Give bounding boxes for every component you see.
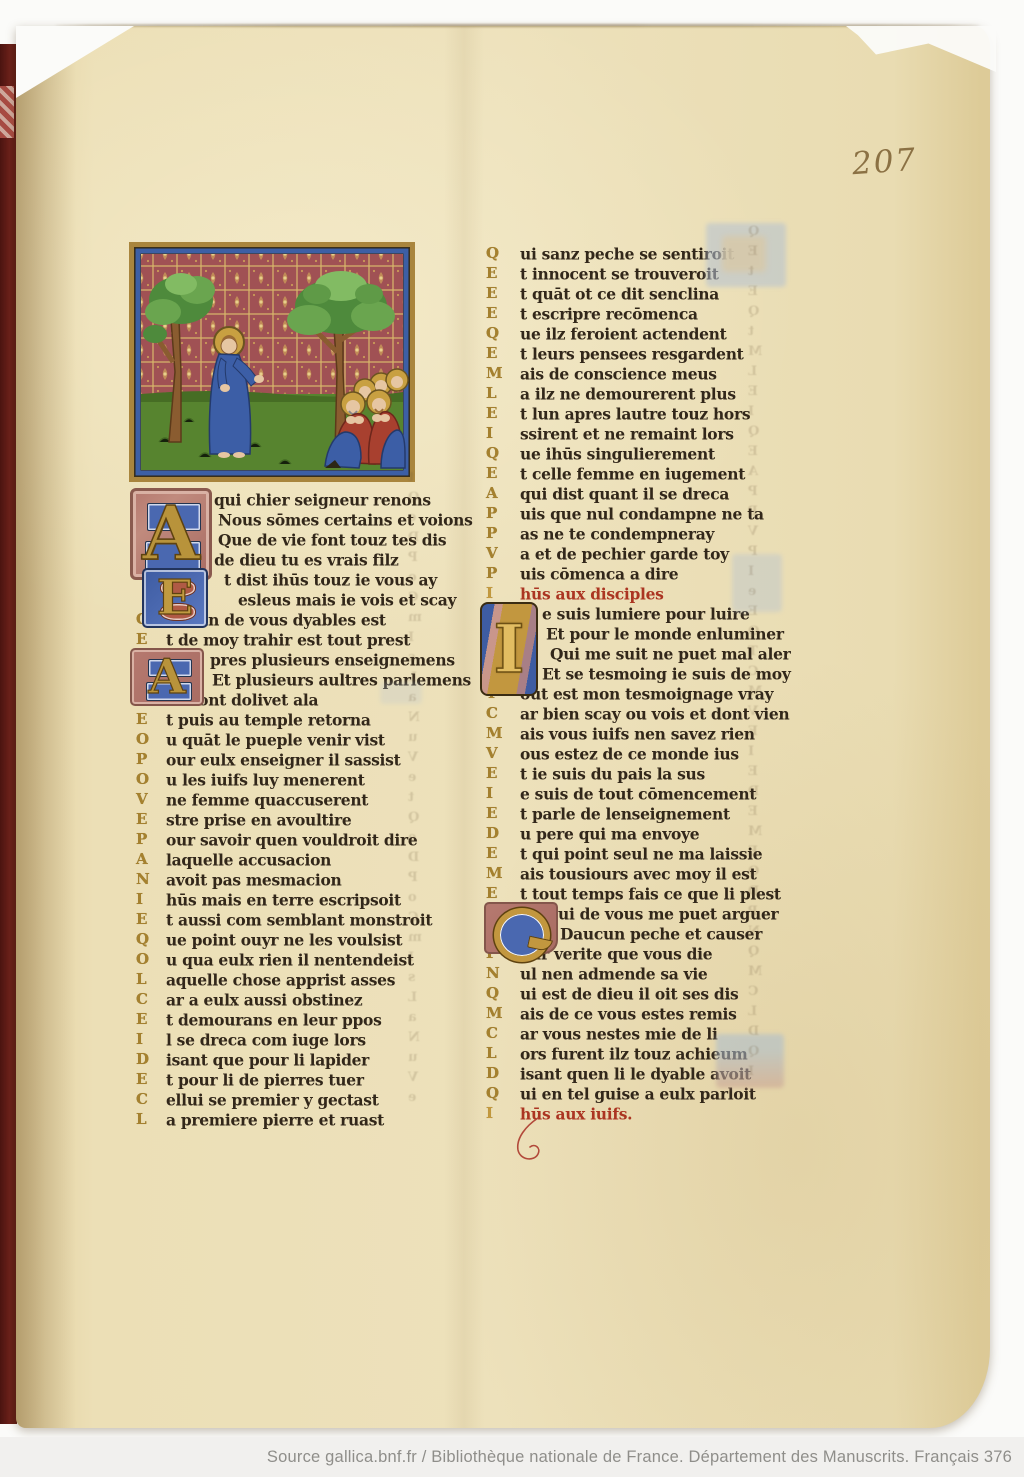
verse-line: Et celle femme en iugement [486,464,816,484]
verse-text: l se dreca com iuge lors [166,1030,366,1050]
verse-line: Et escripre recōmenca [486,304,816,324]
verse-text: ui est de dieu il oit ses dis [520,984,738,1004]
versal-initial: M [486,364,503,382]
versal-initial: P [486,524,497,542]
verse-line: La premiere pierre et ruast [136,1110,466,1130]
versal-initial: A [136,850,148,868]
versal-initial: E [486,304,497,322]
versal-initial: E [136,810,147,828]
versal-initial: P [486,564,497,582]
versal-initial: E [486,884,497,902]
verse-text: a ilz ne demourerent plus [520,384,736,404]
versal-initial: O [136,770,149,788]
gutter-shadow [16,26,76,1428]
miniature-painting [129,242,415,482]
verse-text: hūs aux disciples [520,584,664,604]
verse-text: hūs mais en terre escripsoit [166,890,401,910]
verse-text: t escripre recōmenca [520,304,698,324]
verse-text: ais de ce vous estes remis [520,1004,737,1024]
versal-initial: V [136,790,148,808]
verse-text: t aussi com semblant monstroit [166,910,432,930]
versal-initial: D [486,824,499,842]
verse-text: ors furent ilz touz achieum [520,1044,747,1064]
manuscript-page: 207 [16,26,990,1428]
verse-line: Et demourans en leur ppos [136,1010,466,1030]
verse-line: Vne femme quaccuserent [136,790,466,810]
versal-initial: C [136,990,148,1008]
illuminated-initial-Q-quidevous [484,902,558,954]
book-binding-edge [0,44,17,1424]
verse-text: ar vous nestes mie de li [520,1024,718,1044]
versal-initial: E [486,404,497,422]
versal-initial: D [486,1064,499,1082]
versal-initial: I [486,784,493,802]
versal-initial: E [136,630,147,648]
page-top-edge [55,24,980,27]
verse-text: t qui point seul ne ma laissie [520,844,762,864]
verse-text: t lun apres lautre touz hors [520,404,750,424]
verse-text: laquelle accusacion [166,850,331,870]
versal-initial: O [136,950,149,968]
verse-text: u les iuifs luy menerent [166,770,365,790]
versal-initial: L [486,1044,497,1062]
verse-text: t ie suis du pais la sus [520,764,705,784]
verse-line: Laquelle chose apprist asses [136,970,466,990]
verse-text: t demourans en leur ppos [166,1010,382,1030]
verse-text: ue point ouyr ne les voulsist [166,930,402,950]
versal-initial: N [486,964,500,982]
versal-initial: V [486,544,498,562]
verse-line: Et qui point seul ne ma laissie [486,844,816,864]
verse-line: Aqui dist quant il se dreca [486,484,816,504]
versal-initial: E [136,1070,147,1088]
verse-text: as ne te condempneray [520,524,714,544]
versal-initial: P [136,750,147,768]
versal-initial: C [136,1090,148,1108]
verse-text: e suis de tout cōmencement [520,784,756,804]
versal-initial: P [136,830,147,848]
verse-line: Ou qua eulx rien il nentendeist [136,950,466,970]
versal-initial: L [136,970,147,988]
verse-text: t quāt ot ce dit senclina [520,284,719,304]
verse-line: Issirent et ne remaint lors [486,424,816,444]
versal-initial: E [486,264,497,282]
verse-line: Et parle de lenseignement [486,804,816,824]
verse-line: Car bien scay ou vois et dont vien [486,704,816,724]
verse-line: Mais vous iuifs nen savez rien [486,724,816,744]
verse-line: Ie suis de tout cōmencement [486,784,816,804]
verse-text: u qua eulx rien il nentendeist [166,950,414,970]
versal-initial: Q [486,984,499,1002]
verse-text: ous estez de ce monde ius [520,744,739,764]
verse-line: Mais de ce vous estes remis [486,1004,816,1024]
versal-initial: C [486,704,498,722]
versal-initial: Q [136,930,149,948]
verse-text: t pour li de pierres tuer [166,1070,364,1090]
illuminated-initial-E-etdist: E [142,568,208,628]
verse-text: ar a eulx aussi obstinez [166,990,362,1010]
illuminated-initial-A-aqui: A [130,488,212,580]
verse-line: Ou les iuifs luy menerent [136,770,466,790]
verse-text: ui sanz peche se sentiroit [520,244,734,264]
verse-line: Et de moy trahir est tout prest [136,630,466,650]
verse-line: Du pere qui ma envoye [486,824,816,844]
verse-text: ellui se premier y gectast [166,1090,379,1110]
verse-text: t parle de lenseignement [520,804,730,824]
binding-cloth-pattern [0,86,14,138]
versal-initial: I [486,424,493,442]
versal-initial: M [486,864,503,882]
verse-text: e suis lumiere pour luire [520,604,750,624]
versal-initial: I [136,1030,143,1048]
versal-initial: L [136,1110,147,1128]
verse-text: t celle femme en iugement [520,464,745,484]
versal-initial: V [486,744,498,762]
verse-text: ue ihūs singulierement [520,444,715,464]
verse-text: ais vous iuifs nen savez rien [520,724,755,744]
versal-initial: D [136,1050,149,1068]
versal-initial: E [136,710,147,728]
versal-initial: M [486,1004,503,1022]
verse-line: Et ie suis du pais la sus [486,764,816,784]
versal-initial: O [136,730,149,748]
versal-initial: E [486,764,497,782]
versal-initial: Q [486,1084,499,1102]
verse-text: ssirent et ne remaint lors [520,424,734,444]
versal-initial: E [136,910,147,928]
illuminated-initial-I-iesuis: I [480,602,538,696]
verse-line: Que ihūs singulierement [486,444,816,464]
verse-text: t innocent se trouveroit [520,264,719,284]
versal-initial: Q [486,444,499,462]
verse-text: uis cōmenca a dire [520,564,678,584]
verse-text: a premiere pierre et ruast [166,1110,384,1130]
verse-text: a et de pechier garde toy [520,544,729,564]
verse-line: Cellui se premier y gectast [136,1090,466,1110]
versal-initial: E [486,464,497,482]
verse-text: ne femme quaccuserent [166,790,368,810]
verse-line: Que ilz feroient actendent [486,324,816,344]
versal-initial: E [136,1010,147,1028]
versal-initial: I [136,890,143,908]
verse-text: t leurs pensees resgardent [520,344,744,364]
verse-text: uis que nul condampne ne ta [520,504,764,524]
caption-text: Source gallica.bnf.fr / Bibliothèque nat… [267,1448,1024,1467]
verse-line: Et leurs pensees resgardent [486,344,816,364]
verse-line: Nul nen admende sa vie [486,964,816,984]
verse-text: stre prise en avoultire [166,810,351,830]
versal-initial: E [486,344,497,362]
verse-text: t de moy trahir est tout prest [166,630,410,650]
verso-showthrough-patch [722,236,766,272]
folio-number: 207 [851,142,919,182]
versal-initial: E [486,284,497,302]
verse-line: Et tout temps fais ce que li plest [486,884,816,904]
verse-line: Et lun apres lautre touz hors [486,404,816,424]
versal-initial: A [486,484,498,502]
versal-initial: I [486,1104,493,1122]
verse-line: Mais tousiours avec moy il est [486,864,816,884]
verse-text: ui de vous me puet arguer [520,904,778,924]
verse-line: Pas ne te condempneray [486,524,816,544]
verse-text: t tout temps fais ce que li plest [520,884,781,904]
versal-initial: N [136,870,150,888]
verse-text: ue ilz feroient actendent [520,324,727,344]
versal-initial: M [486,724,503,742]
verse-line: Mais de conscience meus [486,364,816,384]
verse-text: Et plusieurs aultres parlemens [166,670,471,690]
verse-text: aquelle chose apprist asses [166,970,395,990]
page-corner-fold [846,26,996,72]
verse-text: ais de conscience meus [520,364,717,384]
verse-line: Puis que nul condampne ne ta [486,504,816,524]
versal-initial: I [486,584,493,602]
verse-line: Vous estez de ce monde ius [486,744,816,764]
versal-initial: C [486,1024,498,1042]
verse-text: our eulx enseigner il sassist [166,750,400,770]
caption-bar: Source gallica.bnf.fr / Bibliothèque nat… [0,1437,1024,1477]
miniature-scene [141,254,408,470]
verse-line: Et quāt ot ce dit senclina [486,284,816,304]
verse-text: ul nen admende sa vie [520,964,707,984]
verse-text: isant que pour li lapider [166,1050,369,1070]
verse-text: Et pour le monde enluminer [520,624,784,644]
versal-initial: E [486,844,497,862]
rubric-flourish [508,1116,548,1166]
versal-initial: Q [486,244,499,262]
versal-initial: P [486,504,497,522]
verse-text: u quāt le pueple venir vist [166,730,385,750]
verse-line: Pour savoir quen vouldroit dire [136,830,466,850]
verse-text: t puis au temple retorna [166,710,371,730]
verse-text: avoit pas mesmacion [166,870,342,890]
verse-line: La ilz ne demourerent plus [486,384,816,404]
verse-text: qui dist quant il se dreca [520,484,729,504]
verse-text: our savoir quen vouldroit dire [166,830,417,850]
versal-initial: L [486,384,497,402]
verso-showthrough-patch [716,1034,784,1088]
verse-text: ais tousiours avec moy il est [520,864,756,884]
illuminated-initial-A-apres: A [130,648,204,706]
verse-text: u pere qui ma envoye [520,824,699,844]
photo-backdrop: 207 [0,0,1024,1477]
verse-text: out est mon tesmoignage vray [520,684,773,704]
versal-initial: E [486,804,497,822]
versal-initial: Q [486,324,499,342]
verse-line: Qui est de dieu il oit ses dis [486,984,816,1004]
